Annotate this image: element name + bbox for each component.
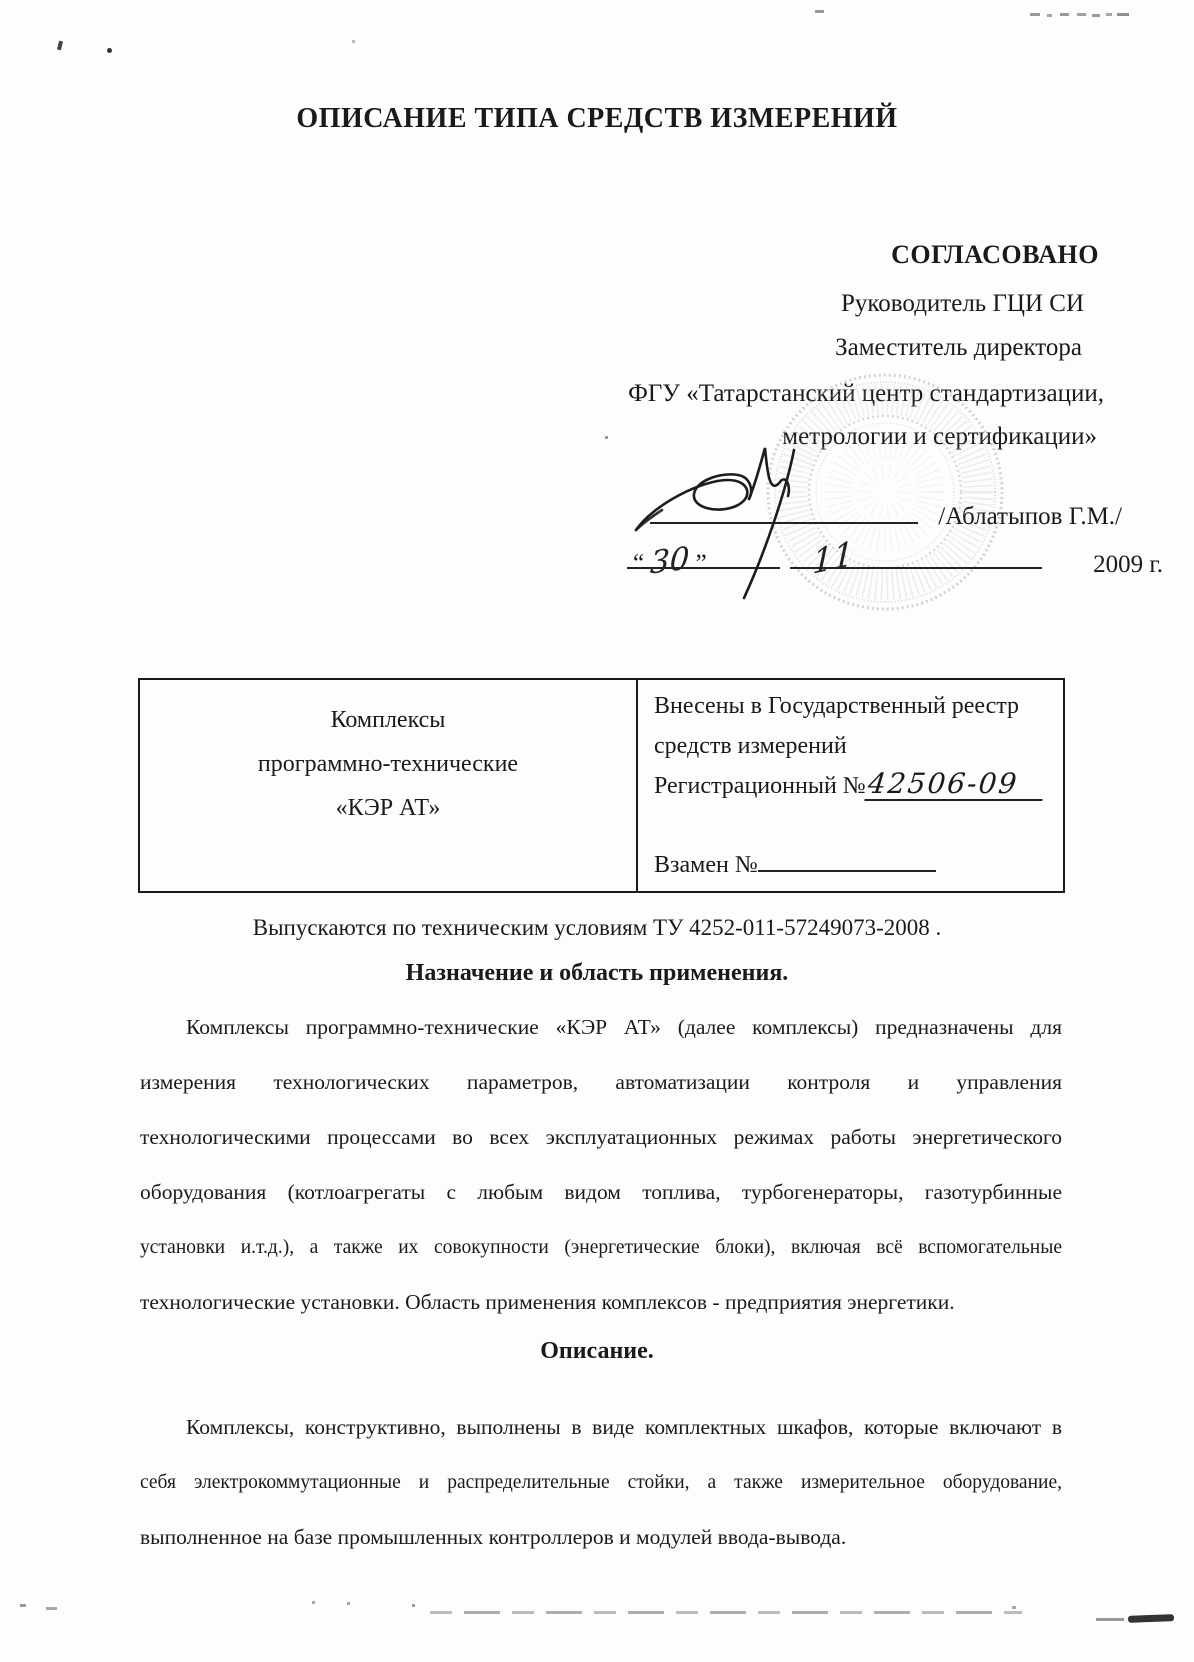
registry-line2: средств измерений — [654, 726, 1053, 766]
document-title: ОПИСАНИЕ ТИПА СРЕДСТВ ИЗМЕРЕНИЙ — [0, 103, 1194, 135]
paragraph-line: технологические установки. Область приме… — [140, 1275, 1062, 1330]
technical-conditions-line: Выпускаются по техническим условиям ТУ 4… — [0, 915, 1194, 941]
scan-speck — [1012, 1606, 1016, 1609]
scan-noise-blob — [1096, 1618, 1124, 1621]
scan-speck — [1106, 13, 1112, 16]
scan-speck — [815, 10, 824, 13]
paragraph-line: себя электрокоммутационные и распределит… — [140, 1455, 1062, 1510]
scan-speck — [1047, 14, 1052, 17]
scan-noise-blob — [1128, 1614, 1174, 1623]
instrument-name-line3: «КЭР АТ» — [140, 786, 636, 830]
paragraph-line: оборудования (котлоагрегаты с любым видо… — [140, 1165, 1062, 1220]
description-paragraph: Комплексы, конструктивно, выполнены в ви… — [140, 1400, 1062, 1565]
handwritten-month: 11 — [812, 533, 854, 582]
description-heading: Описание. — [0, 1338, 1194, 1365]
approval-line-2: Заместитель директора — [835, 334, 1082, 362]
replace-number-row: Взамен № — [654, 844, 1053, 885]
registry-line1: Внесены в Государственный реестр — [654, 686, 1053, 726]
paragraph-line: Комплексы, конструктивно, выполнены в ви… — [140, 1400, 1062, 1455]
quote-open: “ — [633, 550, 644, 577]
scan-speck — [412, 1604, 415, 1607]
scan-speck — [347, 1602, 350, 1605]
date-month: 11 — [812, 538, 854, 577]
scan-speck — [1117, 13, 1129, 16]
scan-speck — [1060, 13, 1069, 16]
scan-speck — [605, 436, 608, 439]
spacer — [654, 806, 1053, 844]
purpose-heading: Назначение и область применения. — [0, 960, 1194, 987]
scan-noise-streak — [430, 1611, 1022, 1614]
paragraph-line: установки и.т.д.), а также их совокупнос… — [140, 1220, 1062, 1275]
registration-cell: Внесены в Государственный реестр средств… — [638, 680, 1063, 891]
scan-speck — [57, 41, 63, 51]
scan-speck — [1092, 14, 1100, 17]
instrument-name-line2: программно-технические — [140, 742, 636, 786]
signer-name: /Аблатыпов Г.М./ — [938, 503, 1122, 531]
scan-speck — [1030, 13, 1040, 16]
approval-line-1: Руководитель ГЦИ СИ — [841, 290, 1084, 318]
scan-speck — [312, 1601, 315, 1604]
handwritten-signature — [628, 438, 928, 608]
paragraph-line: технологическими процессами во всех эксп… — [140, 1110, 1062, 1165]
registration-number-label: Регистрационный № — [654, 773, 866, 799]
handwritten-day: 30 — [649, 540, 690, 581]
registration-table: Комплексы программно-технические «КЭР АТ… — [138, 678, 1065, 893]
scanned-document-page: ОПИСАНИЕ ТИПА СРЕДСТВ ИЗМЕРЕНИЙ СОГЛАСОВ… — [0, 0, 1194, 1662]
quote-close: ” — [696, 550, 707, 577]
scan-speck — [1077, 13, 1086, 16]
scan-speck — [352, 40, 355, 43]
registration-number-handwritten: 42506-09 — [864, 769, 1046, 801]
paragraph-line: Комплексы программно-технические «КЭР АТ… — [140, 1000, 1062, 1055]
instrument-name-line1: Комплексы — [140, 698, 636, 742]
approval-status: СОГЛАСОВАНО — [891, 240, 1099, 270]
scan-speck — [46, 1607, 57, 1610]
paragraph-line: измерения технологических параметров, ав… — [140, 1055, 1062, 1110]
purpose-paragraph: Комплексы программно-технические «КЭР АТ… — [140, 1000, 1062, 1330]
scan-speck — [20, 1604, 26, 1607]
scan-speck — [107, 48, 112, 53]
paragraph-line: выполненное на базе промышленных контрол… — [140, 1510, 1062, 1565]
replace-number-label: Взамен № — [654, 852, 758, 878]
registration-number-row: Регистрационный №42506-09 — [654, 766, 1053, 806]
date-day: “30” — [633, 543, 707, 579]
replace-number-blank — [758, 844, 936, 872]
year-label: 2009 г. — [1093, 551, 1163, 579]
instrument-name-cell: Комплексы программно-технические «КЭР АТ… — [140, 680, 638, 891]
